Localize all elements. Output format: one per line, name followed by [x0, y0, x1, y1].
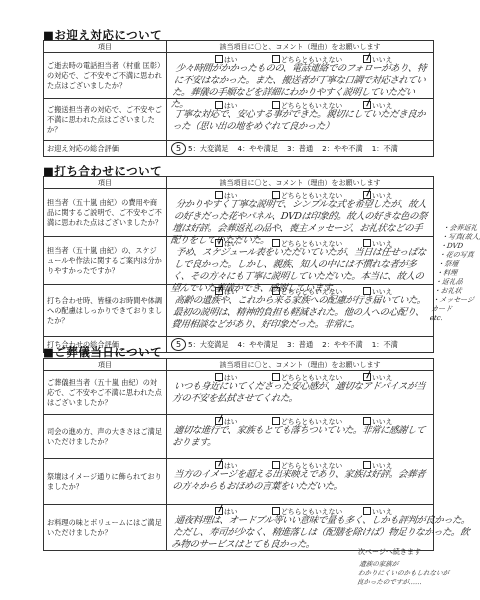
question-schedule-guidance: 担当者（五十嵐 由紀）の、スケジュールや作法に関するご案内は分かりやすかったです… — [44, 237, 167, 285]
checkbox-neutral[interactable] — [272, 55, 280, 63]
overall-rating[interactable]: 55：大変満足4：やや満足3：普通2：やや不満1：不満 — [167, 141, 434, 157]
continued-next-page: 次ページへ続きます — [358, 547, 421, 557]
question-food-satisfaction: お料理の味とボリュームにはご満足いただけましたか？ — [44, 505, 167, 551]
checkbox-yes-checked[interactable] — [215, 287, 223, 295]
checkbox-neutral[interactable] — [272, 417, 280, 425]
checkbox-neutral[interactable] — [272, 191, 280, 199]
item-header: 項目 — [44, 177, 167, 189]
answer-header: 該当項目に〇と、コメント（理由）をお願いします — [167, 177, 434, 189]
checkbox-neutral[interactable] — [272, 239, 280, 247]
pickup-table: 項目 該当項目に〇と、コメント（理由）をお願いします ご逝去時の電話担当者（村重… — [43, 40, 434, 157]
handwritten-comment: 高齢の遺族や、これから来る家族への配慮が行き届いていた。最初の説明は、精神的負担… — [170, 295, 431, 331]
checkbox-yes[interactable] — [215, 55, 223, 63]
margin-handwritten-note: ・会葬返礼 ・写真(故人) ・DVD ・花の写真 ・祭壇 ・料理 ・返礼品 ・お… — [429, 224, 480, 323]
checkbox-no-checked[interactable] — [363, 101, 371, 109]
handwritten-comment: 適切な進行で、家族もとても落ちついていた。非常に感謝しております。 — [171, 425, 430, 449]
question-cost-explanation: 担当者（五十嵐 由紀）の費用や商品に関するご説明で、ご不安やご不満に思われた点は… — [44, 189, 167, 237]
question-phone-staff: ご逝去時の電話担当者（村重 匡彰）の対応で、ご不安やご不満に思われた点はございま… — [44, 53, 167, 99]
handwritten-comment: 通夜料理は、オードブル等いい意味で量も多く、しかも評判が良かった。ただし、寿司が… — [170, 515, 475, 551]
question-funeral-staff: ご葬儀担当者（五十嵐 由紀）の対応で、ご不安やご不満に思われた点はございましたか… — [44, 371, 167, 415]
checkbox-neutral[interactable] — [272, 373, 280, 381]
answer-cell: はい どちらともいえない いいえ 少々時間がかかったものの、電話連絡でのフォロー… — [167, 53, 434, 99]
checkbox-yes-checked[interactable] — [215, 507, 223, 515]
checkbox-no[interactable] — [363, 417, 371, 425]
answer-cell: はい どちらともいえない いいえ 当方のイメージを超える出来映えであり、家族は好… — [167, 459, 434, 505]
answer-cell: はい どちらともいえない いいえ 予め、スケジュール表をいただいていたが、当日は… — [167, 237, 434, 285]
checkbox-no[interactable] — [363, 507, 371, 515]
checkbox-neutral[interactable] — [272, 101, 280, 109]
answer-cell: はい どちらともいえない いいえ 通夜料理は、オードブル等いい意味で量も多く、し… — [167, 505, 434, 551]
answer-header: 該当項目に〇と、コメント（理由）をお願いします — [167, 41, 434, 53]
checkbox-neutral[interactable] — [272, 461, 280, 469]
checkbox-yes[interactable] — [215, 373, 223, 381]
checkbox-yes[interactable] — [215, 101, 223, 109]
question-transport-staff: ご搬送担当者の対応で、ご不安やご不満に思われた点はございましたか？ — [44, 99, 167, 141]
checkbox-no[interactable] — [363, 287, 371, 295]
footnote-handwritten: 遺族の家族が わかりにくいのかもしれないが 良かったのですが…… — [356, 560, 470, 587]
answer-cell: はい どちらともいえない いいえ 適切な進行で、家族もとても落ちついていた。非常… — [167, 415, 434, 459]
answer-cell: はい どちらともいえない いいえ 丁寧な対応で、安心する事ができた。親切にしてい… — [167, 99, 434, 141]
checkbox-no[interactable] — [363, 461, 371, 469]
item-header: 項目 — [44, 41, 167, 53]
handwritten-comment: いつも身近にいてくださった安心感が、適切なアドバイスが当方の不安を払拭させてくれ… — [171, 381, 430, 405]
checkbox-yes-checked[interactable] — [215, 461, 223, 469]
answer-cell: はい どちらともいえない いいえ いつも身近にいてくださった安心感が、適切なアド… — [167, 371, 434, 415]
checkbox-yes-checked[interactable] — [215, 417, 223, 425]
handwritten-comment: 当方のイメージを超える出来映えであり、家族は好評。会葬者の方々からもおほめの言葉… — [171, 469, 430, 493]
checkbox-yes[interactable] — [215, 191, 223, 199]
checkbox-neutral[interactable] — [272, 507, 280, 515]
checkbox-no[interactable] — [363, 239, 371, 247]
answer-header: 該当項目に〇と、コメント（理由）をお願いします — [167, 359, 434, 371]
checkbox-neutral[interactable] — [272, 287, 280, 295]
overall-rating[interactable]: 55：大変満足4：やや満足3：普通2：やや不満1：不満 — [167, 337, 434, 353]
overall-label: お迎え対応の総合評価 — [44, 141, 167, 157]
question-time-consideration: 打ち合わせ時、皆様のお時間や体調への配慮はしっかりできておりましたか？ — [44, 285, 167, 337]
answer-cell: はい どちらともいえない いいえ 高齢の遺族や、これから来る家族への配慮が行き届… — [167, 285, 434, 337]
selected-rating-circle: 5 — [171, 338, 186, 351]
checkbox-no-checked[interactable] — [363, 373, 371, 381]
selected-rating-circle: 5 — [171, 142, 186, 155]
answer-cell: はい どちらともいえない いいえ 分かりやすく丁寧な説明で、シンプルな式を希望し… — [167, 189, 434, 237]
item-header: 項目 — [44, 359, 167, 371]
meeting-table: 項目 該当項目に〇と、コメント（理由）をお願いします 担当者（五十嵐 由紀）の費… — [43, 176, 434, 353]
question-altar-decoration: 祭壇はイメージ通りに飾られておりましたか？ — [44, 459, 167, 505]
handwritten-comment: 丁寧な対応で、安心する事ができた。親切にしていただき良かった（思い出の地をめぐれ… — [171, 109, 430, 133]
checkbox-no-checked[interactable] — [363, 191, 371, 199]
checkbox-no-checked[interactable] — [363, 55, 371, 63]
funeral-day-table: 項目 該当項目に〇と、コメント（理由）をお願いします ご葬儀担当者（五十嵐 由紀… — [43, 358, 434, 551]
question-mc-satisfaction: 司会の進め方、声の大きさはご満足いただけましたか？ — [44, 415, 167, 459]
checkbox-yes-checked[interactable] — [215, 239, 223, 247]
